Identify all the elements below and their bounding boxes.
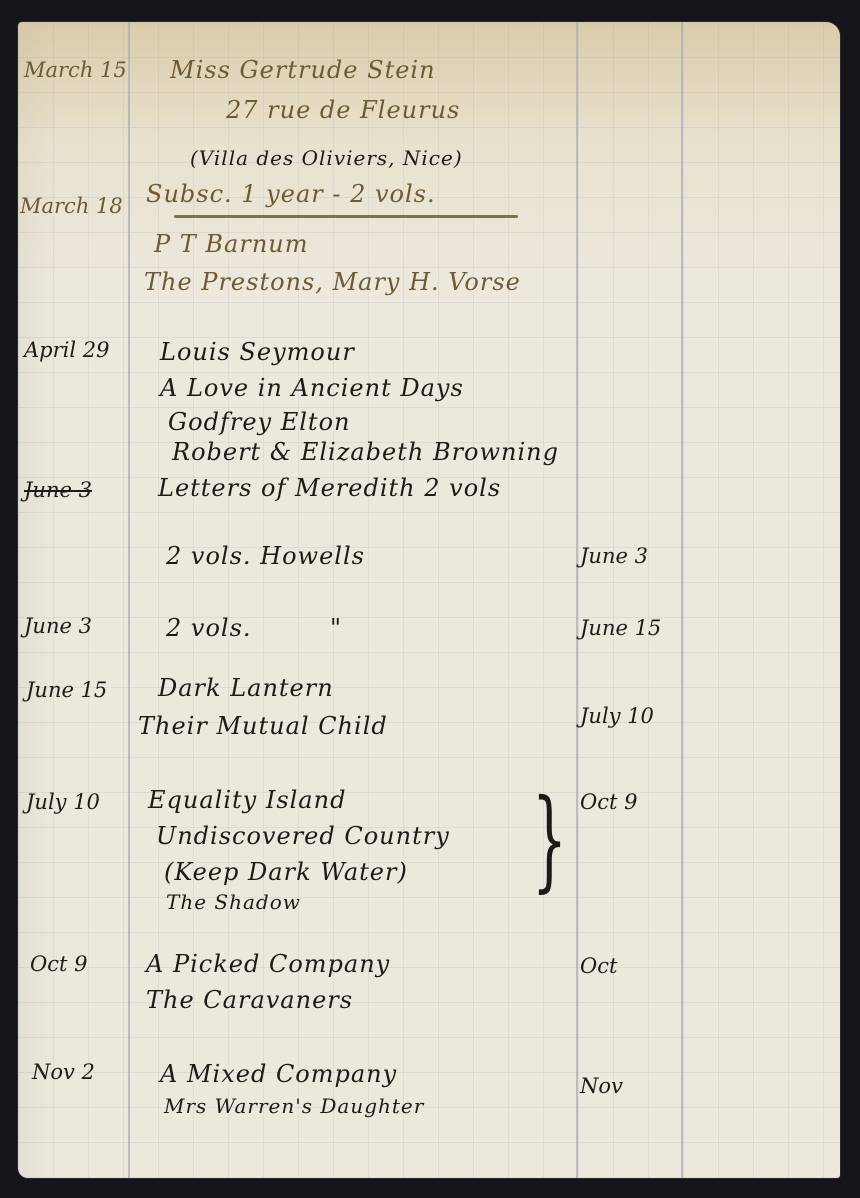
entry-item: The Caravaners [146,986,353,1014]
entry-date: July 10 [26,790,100,814]
subscription-underline [174,215,518,218]
return-date: June 15 [580,616,661,640]
entry-item: Undiscovered Country [156,822,450,850]
entry-item: Letters of Meredith 2 vols [158,474,501,502]
entry-item: A Love in Ancient Days [160,374,464,402]
entry-item: A Mixed Company [160,1060,397,1088]
date-column-rule [128,22,130,1178]
entry-date: Nov 2 [32,1060,95,1084]
subscription: Subsc. 1 year - 2 vols. [146,180,436,208]
member-alt-address: (Villa des Oliviers, Nice) [190,146,463,170]
entry-item: Godfrey Elton [168,408,350,436]
return-date: Oct 9 [580,790,637,814]
return-date: July 10 [580,704,654,728]
entry-item: Dark Lantern [158,674,334,702]
entry-item: P T Barnum [154,230,309,258]
entry-item: The Shadow [166,890,301,914]
library-card: March 15 Miss Gertrude Stein 27 rue de F… [18,22,840,1178]
header-date: March 15 [24,58,127,82]
member-name: Miss Gertrude Stein [170,56,436,84]
entry-date: April 29 [24,338,109,362]
return-date: June 3 [580,544,648,568]
entry-item: The Prestons, Mary H. Vorse [144,268,521,296]
ditto-mark: " [330,614,342,642]
entry-date: March 18 [20,194,123,218]
entry-item: Robert & Elizabeth Browning [172,438,559,466]
entry-item: Louis Seymour [160,338,355,366]
return-column-rule [576,22,578,1178]
entry-item: Their Mutual Child [138,712,388,740]
entry-item: 2 vols. Howells [166,542,365,570]
entry-date: June 3 [24,614,92,638]
entry-item: 2 vols. [166,614,252,642]
member-address: 27 rue de Fleurus [226,96,460,124]
entry-date: June 15 [26,678,107,702]
entry-date-struck: June 3 [24,478,92,502]
return-date: Oct [580,954,617,978]
entry-item: Mrs Warren's Daughter [164,1094,424,1118]
entry-item: A Picked Company [146,950,390,978]
return-date: Nov [580,1074,623,1098]
entry-item: (Keep Dark Water) [164,858,408,886]
extra-column-rule [681,22,683,1178]
entry-item: Equality Island [148,786,346,814]
entry-date: Oct 9 [30,952,87,976]
bracket-mark: } [532,784,567,894]
